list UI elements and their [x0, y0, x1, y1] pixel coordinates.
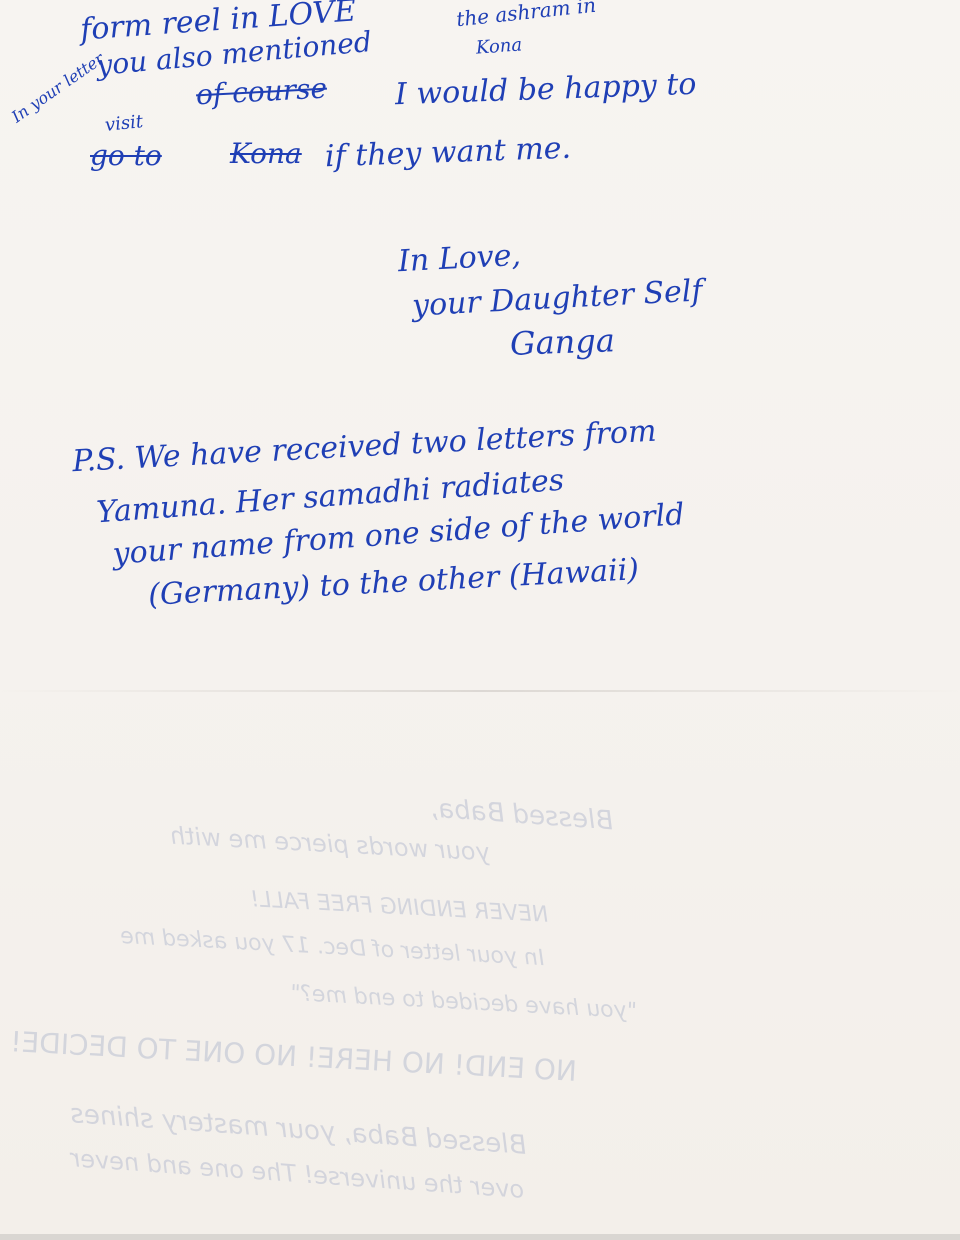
letter-insert: Kona: [475, 36, 522, 57]
struck-text: go to: [90, 142, 162, 170]
closing-salutation: In Love,: [397, 241, 521, 277]
letter-insert: visit: [104, 113, 144, 135]
letter-line: if they want me.: [325, 134, 572, 173]
paper-bottom-edge: [0, 1234, 960, 1240]
struck-text: of course: [195, 75, 327, 110]
struck-text: Kona: [230, 140, 302, 168]
signature: Ganga: [509, 324, 615, 360]
paper-fold-line: [0, 690, 960, 692]
